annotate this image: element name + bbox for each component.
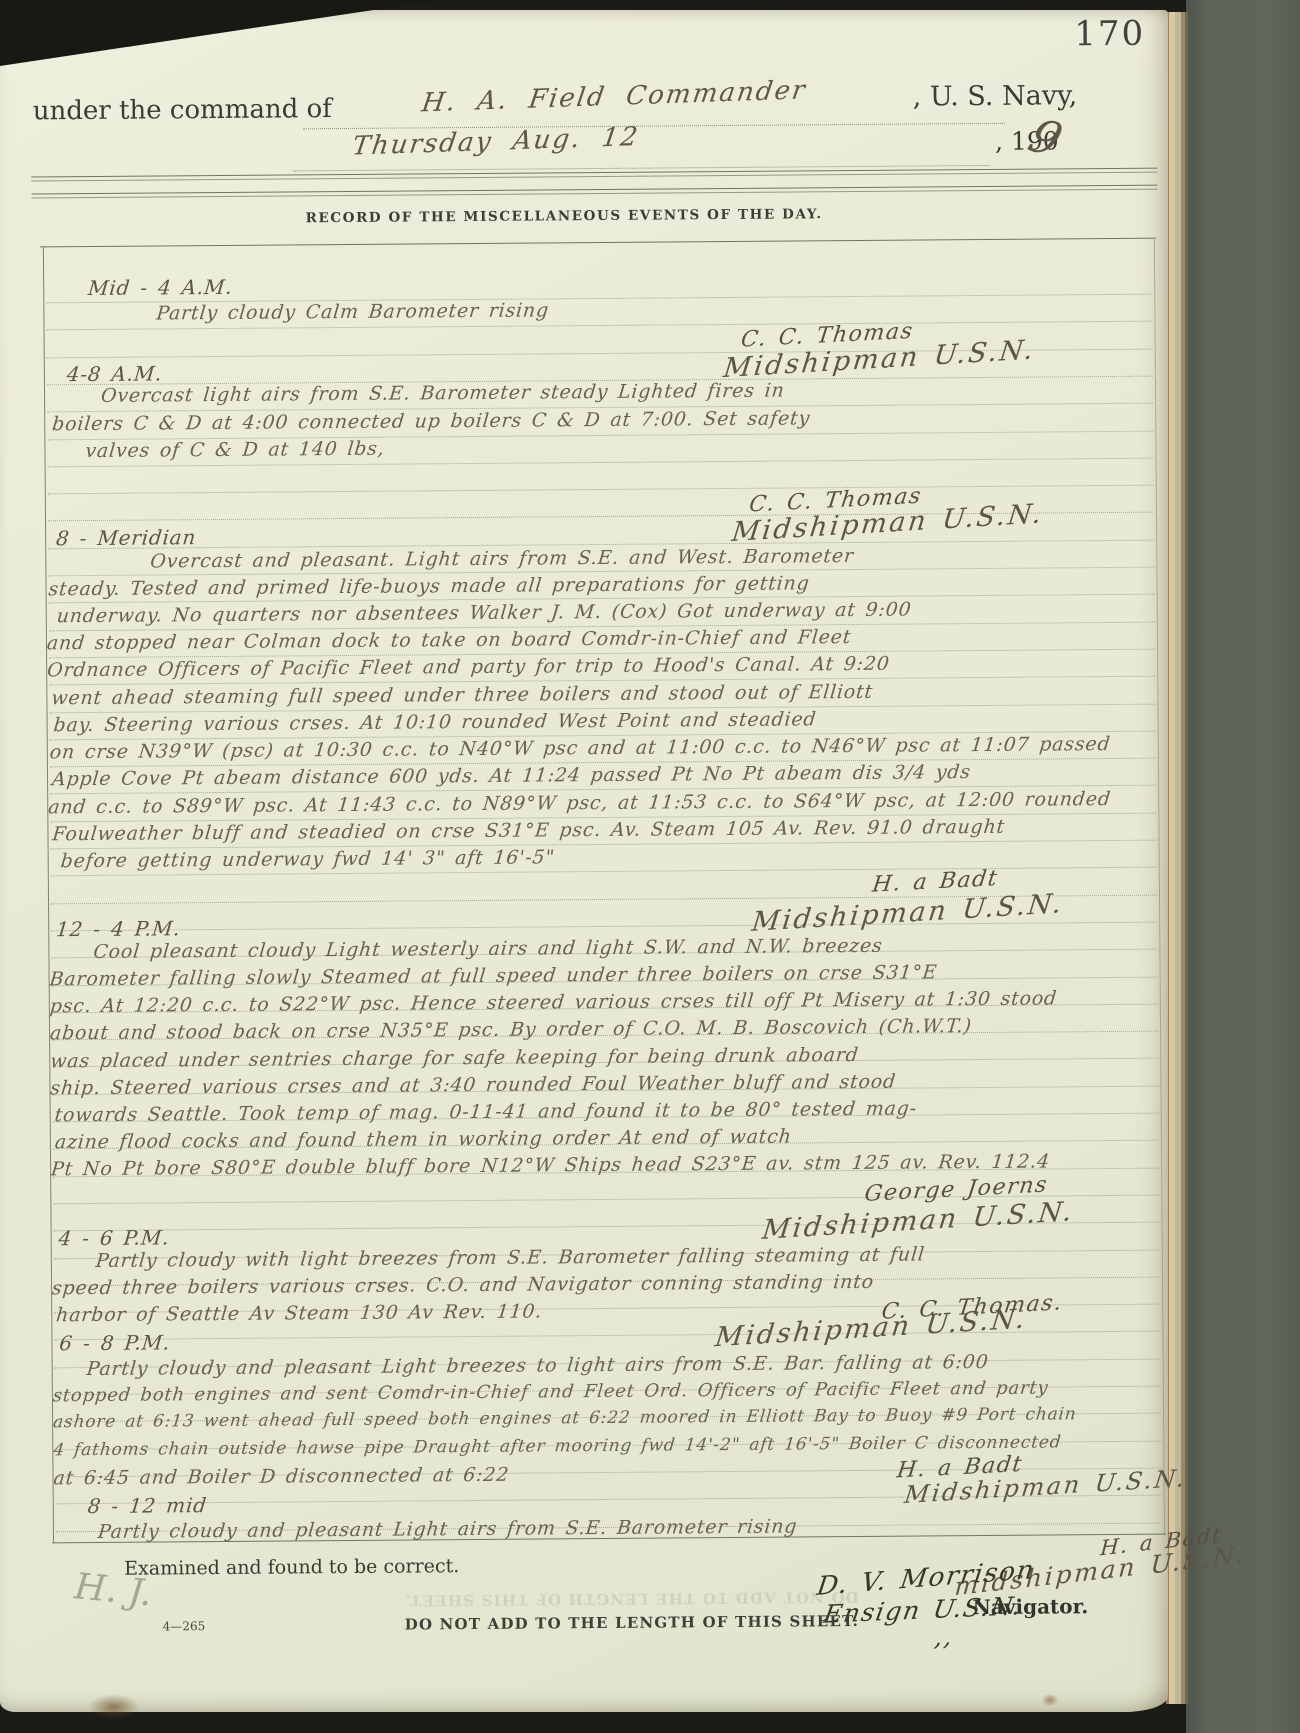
page-content: 170 under the command of H. A. Field Com…	[0, 6, 1175, 1717]
log-line: about and stood back on crse N35°E psc. …	[49, 1015, 973, 1044]
stain-mark	[88, 1694, 140, 1720]
log-line: ship. Steered various crses and at 3:40 …	[49, 1071, 897, 1100]
book-cover-background	[1186, 0, 1300, 1733]
log-line: and stopped near Colman dock to take on …	[46, 626, 852, 654]
command-of-label: under the command of	[33, 94, 332, 126]
watch-heading: 8 - Meridian	[55, 525, 197, 550]
log-line: Pt No Pt bore S80°E double bluff bore N1…	[50, 1150, 1051, 1180]
ditto-marks: ,,	[933, 1623, 955, 1652]
bleed-through-text: DO NOT ADD TO THE LENGTH OF THIS SHEET.	[404, 1588, 858, 1610]
signature-title: Midshipman U.S.N.	[713, 1304, 1028, 1354]
log-line: Overcast light airs from S.E. Barometer …	[100, 380, 786, 407]
log-line: Barometer falling slowly Steamed at full…	[49, 961, 939, 990]
log-line: towards Seattle. Took temp of mag. 0-11-…	[54, 1098, 918, 1127]
log-line: Partly cloudy and pleasant Light airs fr…	[97, 1515, 798, 1543]
watch-heading: 12 - 4 P.M.	[55, 916, 182, 941]
pencil-initials: H. J.	[73, 1566, 154, 1614]
log-line: underway. No quarters nor absentees Walk…	[56, 599, 913, 628]
log-line: before getting underway fwd 14' 3" aft 1…	[60, 846, 556, 872]
log-line: harbor of Seattle Av Steam 130 Av Rev. 1…	[55, 1300, 543, 1326]
log-line: stopped both engines and sent Comdr-in-C…	[52, 1377, 1050, 1406]
log-line: Cool pleasant cloudy Light westerly airs…	[92, 935, 883, 963]
page-number: 170	[1074, 14, 1145, 55]
do-not-add-label: DO NOT ADD TO THE LENGTH OF THIS SHEET.	[405, 1612, 859, 1634]
photo-of-log-page: { "page": { "number": "170" }, "header":…	[0, 0, 1300, 1733]
log-box-right-rule	[1154, 238, 1165, 1535]
log-line: steady. Tested and primed life-buoys mad…	[47, 572, 810, 600]
log-box-top	[40, 238, 1156, 248]
ruled-line	[48, 485, 1154, 495]
log-line: Partly cloudy and pleasant Light breezes…	[86, 1351, 990, 1380]
log-line: speed three boilers various crses. C.O. …	[51, 1271, 875, 1299]
log-line: at 6:45 and Boiler D disconnected at 6:2…	[52, 1464, 510, 1490]
watch-heading: 8 - 12 mid	[87, 1493, 209, 1518]
examined-label: Examined and found to be correct.	[124, 1555, 459, 1580]
record-heading: RECORD OF THE MISCELLANEOUS EVENTS OF TH…	[306, 206, 823, 226]
watch-heading: 4-8 A.M.	[66, 361, 164, 386]
log-line: bay. Steering various crses. At 10:10 ro…	[53, 708, 818, 736]
log-line: went ahead steaming full speed under thr…	[50, 681, 874, 709]
form-number: 4—265	[163, 1619, 206, 1633]
stain-mark	[1042, 1694, 1058, 1706]
navigator-label: Navigator.	[972, 1594, 1088, 1619]
log-line: psc. At 12:20 c.c. to S22°W psc. Hence s…	[49, 987, 1058, 1017]
log-line: azine flood cocks and found them in work…	[54, 1125, 793, 1153]
watch-heading: 4 - 6 P.M.	[57, 1225, 170, 1250]
log-box-left-rule	[43, 246, 54, 1543]
log-page: 170 under the command of H. A. Field Com…	[0, 10, 1168, 1712]
log-line: was placed under sentries charge for saf…	[49, 1044, 860, 1072]
log-line: ashore at 6:13 went ahead full speed bot…	[52, 1404, 1077, 1432]
log-line: Overcast and pleasant. Light airs from S…	[149, 545, 855, 573]
log-line: 4 fathoms chain outside hawse pipe Draug…	[52, 1432, 1062, 1460]
watch-heading: 6 - 8 P.M.	[58, 1330, 171, 1355]
log-line: boilers C & D at 4:00 connected up boile…	[51, 407, 811, 435]
log-line: valves of C & D at 140 lbs,	[84, 438, 385, 462]
log-line: Partly cloudy with light breezes from S.…	[95, 1243, 926, 1272]
commander-name-handwritten: H. A. Field Commander	[420, 75, 809, 118]
us-navy-label: , U. S. Navy,	[913, 80, 1078, 112]
log-line: Partly cloudy Calm Barometer rising	[155, 299, 550, 324]
watch-heading: Mid - 4 A.M.	[87, 275, 234, 300]
